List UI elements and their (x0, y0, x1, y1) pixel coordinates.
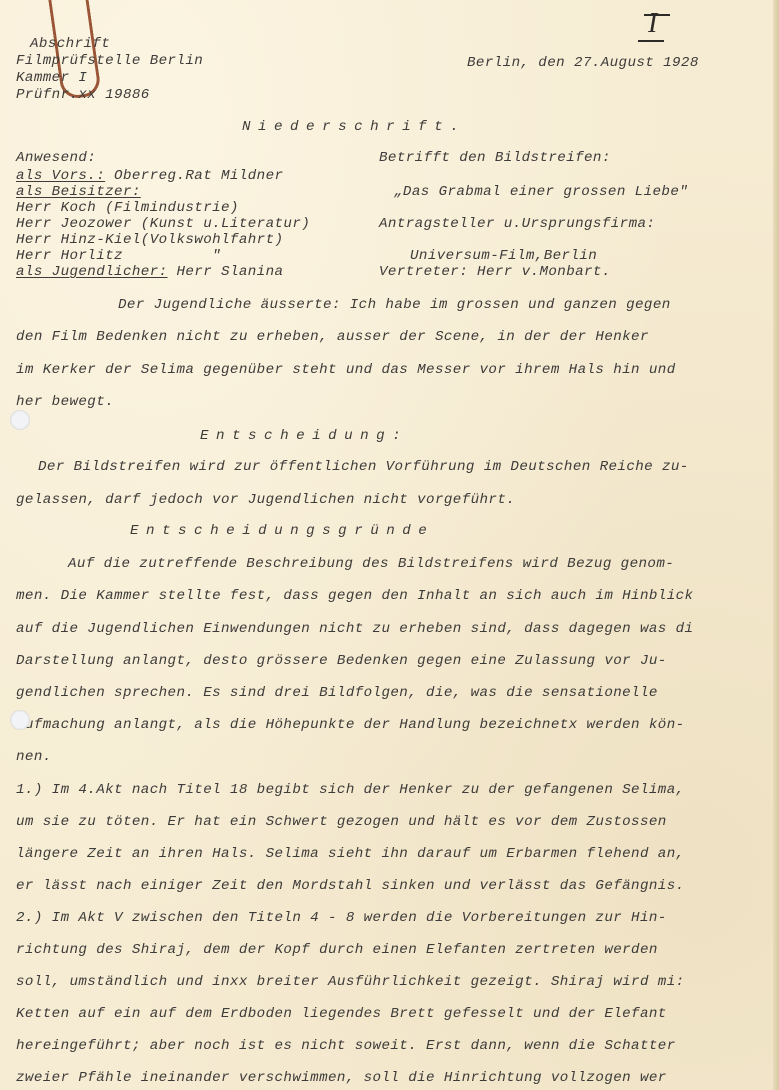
reasons-heading: Entscheidungsgründe (130, 523, 434, 539)
reasons-line: Darstellung anlangt, desto grössere Bede… (16, 653, 667, 669)
header-line-authority: Filmprüfstelle Berlin (16, 53, 203, 69)
reasons-line: men. Die Kammer stellte fest, dass gegen… (16, 588, 693, 604)
youth-statement-line: den Film Bedenken nicht zu erheben, auss… (16, 329, 649, 345)
attendance-heading: Anwesend: (16, 150, 96, 166)
chair-name: Oberreg.Rat Mildner (105, 168, 283, 184)
reasons-line: auf die Jugendlichen Einwendungen nicht … (16, 621, 693, 637)
subject-heading: Betrifft den Bildstreifen: (379, 150, 611, 166)
reasons-line: er lässt nach einiger Zeit den Mordstahl… (16, 878, 685, 894)
representative: Vertreter: Herr v.Monbart. (379, 264, 611, 280)
page-edge (773, 0, 779, 1090)
reasons-line: um sie zu töten. Er hat ein Schwert gezo… (16, 814, 667, 830)
chair-label: als Vors.: (16, 168, 105, 184)
applicant-heading: Antragsteller u.Ursprungsfirma: (379, 216, 655, 232)
youth-statement-line: her bewegt. (16, 394, 114, 410)
decision-line: gelassen, darf jedoch vor Jugendlichen n… (16, 492, 515, 508)
reasons-line: Aufmachung anlangt, als die Höhepunkte d… (16, 717, 685, 733)
film-title: „Das Grabmal einer grossen Liebe" (394, 184, 688, 200)
reasons-line: Ketten auf ein auf dem Erdboden liegende… (16, 1006, 667, 1022)
page-marker: I (648, 8, 657, 40)
assessor-item: Herr Horlitz " (16, 248, 221, 264)
date-line: Berlin, den 27.August 1928 (467, 55, 699, 71)
applicant-name: Universum-Film,Berlin (410, 248, 597, 264)
decision-line: Der Bildstreifen wird zur öffentlichen V… (38, 459, 689, 475)
assessors-label: als Beisitzer: (16, 184, 141, 200)
reasons-line: 1.) Im 4.Akt nach Titel 18 begibt sich d… (16, 782, 685, 798)
reasons-line: nen. (16, 749, 52, 765)
youth-name: Herr Slanina (168, 264, 284, 280)
punch-hole (10, 410, 30, 430)
youth-label: als Jugendlicher: (16, 264, 168, 280)
youth-statement-line: im Kerker der Selima gegenüber steht und… (16, 362, 676, 378)
assessor-item: Herr Hinz-Kiel(Volkswohlfahrt) (16, 232, 283, 248)
reasons-line: Auf die zutreffende Beschreibung des Bil… (68, 556, 674, 572)
youth-row: als Jugendlicher: Herr Slanina (16, 264, 283, 280)
reasons-line: zweier Pfähle ineinander verschwimmen, s… (16, 1070, 667, 1086)
header-line-abschrift: Abschrift (30, 36, 110, 52)
punch-hole (10, 710, 30, 730)
reasons-line: gendlichen sprechen. Es sind drei Bildfo… (16, 685, 658, 701)
reasons-line: richtung des Shiraj, dem der Kopf durch … (16, 942, 658, 958)
assessor-item: Herr Jeozower (Kunst u.Literatur) (16, 216, 310, 232)
reasons-line: längere Zeit an ihren Hals. Selima sieht… (16, 846, 685, 862)
header-line-chamber: Kammer I (16, 70, 87, 86)
header-line-case-number: Prüfnr.xx 19886 (16, 87, 150, 103)
assessor-item: Herr Koch (Filmindustrie) (16, 200, 239, 216)
reasons-line: 2.) Im Akt V zwischen den Titeln 4 - 8 w… (16, 910, 667, 926)
decision-heading: Entscheidung: (200, 428, 408, 444)
chair-row: als Vors.: Oberreg.Rat Mildner (16, 168, 283, 184)
reasons-line: soll, umständlich und inxx breiter Ausfü… (16, 974, 685, 990)
youth-statement-line: Der Jugendliche äusserte: Ich habe im gr… (118, 297, 671, 313)
reasons-line: hereingeführt; aber noch ist es nicht so… (16, 1038, 676, 1054)
document-title: Niederschrift. (242, 119, 466, 135)
